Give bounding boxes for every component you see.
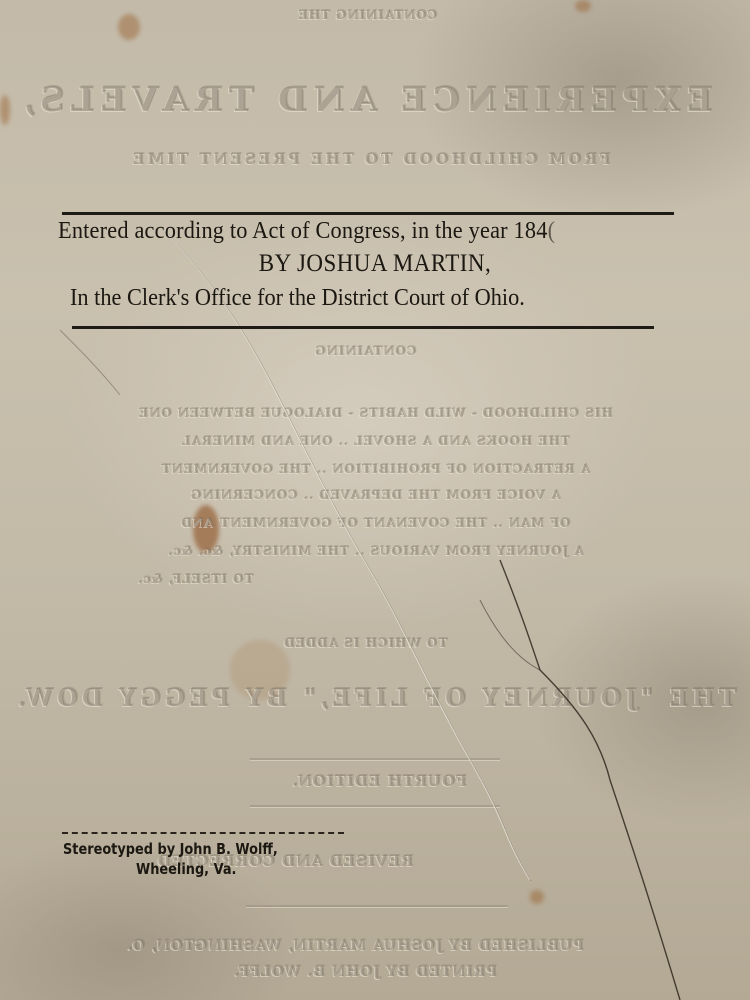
top-rule xyxy=(62,212,674,215)
book-page-photo: CONTAINING THE EXPERIENCE AND TRAVELS, F… xyxy=(0,0,750,1000)
ghost-added-label: TO WHICH IS ADDED xyxy=(0,636,740,650)
ghost-rule xyxy=(246,905,508,907)
ghost-subhead: FROM CHILDHOOD TO THE PRESENT TIME xyxy=(0,150,745,168)
ghost-publisher-line2: PRINTED BY JOHN B. WOLFF. xyxy=(0,964,740,980)
copyright-entered-line: Entered according to Act of Congress, in… xyxy=(58,218,555,245)
ghost-headline: EXPERIENCE AND TRAVELS, xyxy=(0,80,740,120)
ghost-contents-line: THE HOOKS AND A SHOVEL .. ONE AND MINERA… xyxy=(0,434,750,448)
bottom-rule xyxy=(72,326,654,329)
ghost-added-title: THE "JOURNEY OF LIFE," BY PEGGY DOW. xyxy=(0,683,750,712)
stereotyper-location: Wheeling, Va. xyxy=(136,860,236,878)
foxing-stain xyxy=(530,890,544,904)
ghost-contents-line: TO ITSELF, &c. xyxy=(0,572,570,586)
ghost-publisher-line1: PUBLISHED BY JOSHUA MARTIN, WASHINGTON, … xyxy=(0,938,730,954)
ghost-contents-line: HIS CHILDHOOD - WILD HABITS - DIALOGUE B… xyxy=(0,406,750,420)
ghost-contents-line: OF MAN .. THE COVENANT OF GOVERNMENT AND xyxy=(0,516,750,530)
copyright-author-line: BY JOSHUA MARTIN, xyxy=(30,250,720,278)
ghost-contents-line: A RETRACTION OF PROHIBITION .. THE GOVER… xyxy=(0,462,750,476)
ghost-top-line: CONTAINING THE xyxy=(0,8,742,22)
ghost-contents-line: A JOURNEY FROM VARIOUS .. THE MINISTRY, … xyxy=(0,544,750,558)
dashed-rule xyxy=(62,832,344,834)
ghost-contents-line: A VOICE FROM THE DEPRAVED .. CONCERNING xyxy=(0,488,750,502)
ghost-rule xyxy=(250,805,500,807)
stereotyper-line: Stereotyped by John B. Wolff, xyxy=(63,840,278,858)
ghost-rule xyxy=(250,758,500,760)
copyright-clerk-line: In the Clerk's Office for the District C… xyxy=(70,285,525,312)
ghost-containing: CONTAINING xyxy=(0,344,740,358)
ghost-edition: FOURTH EDITION. xyxy=(4,772,750,790)
